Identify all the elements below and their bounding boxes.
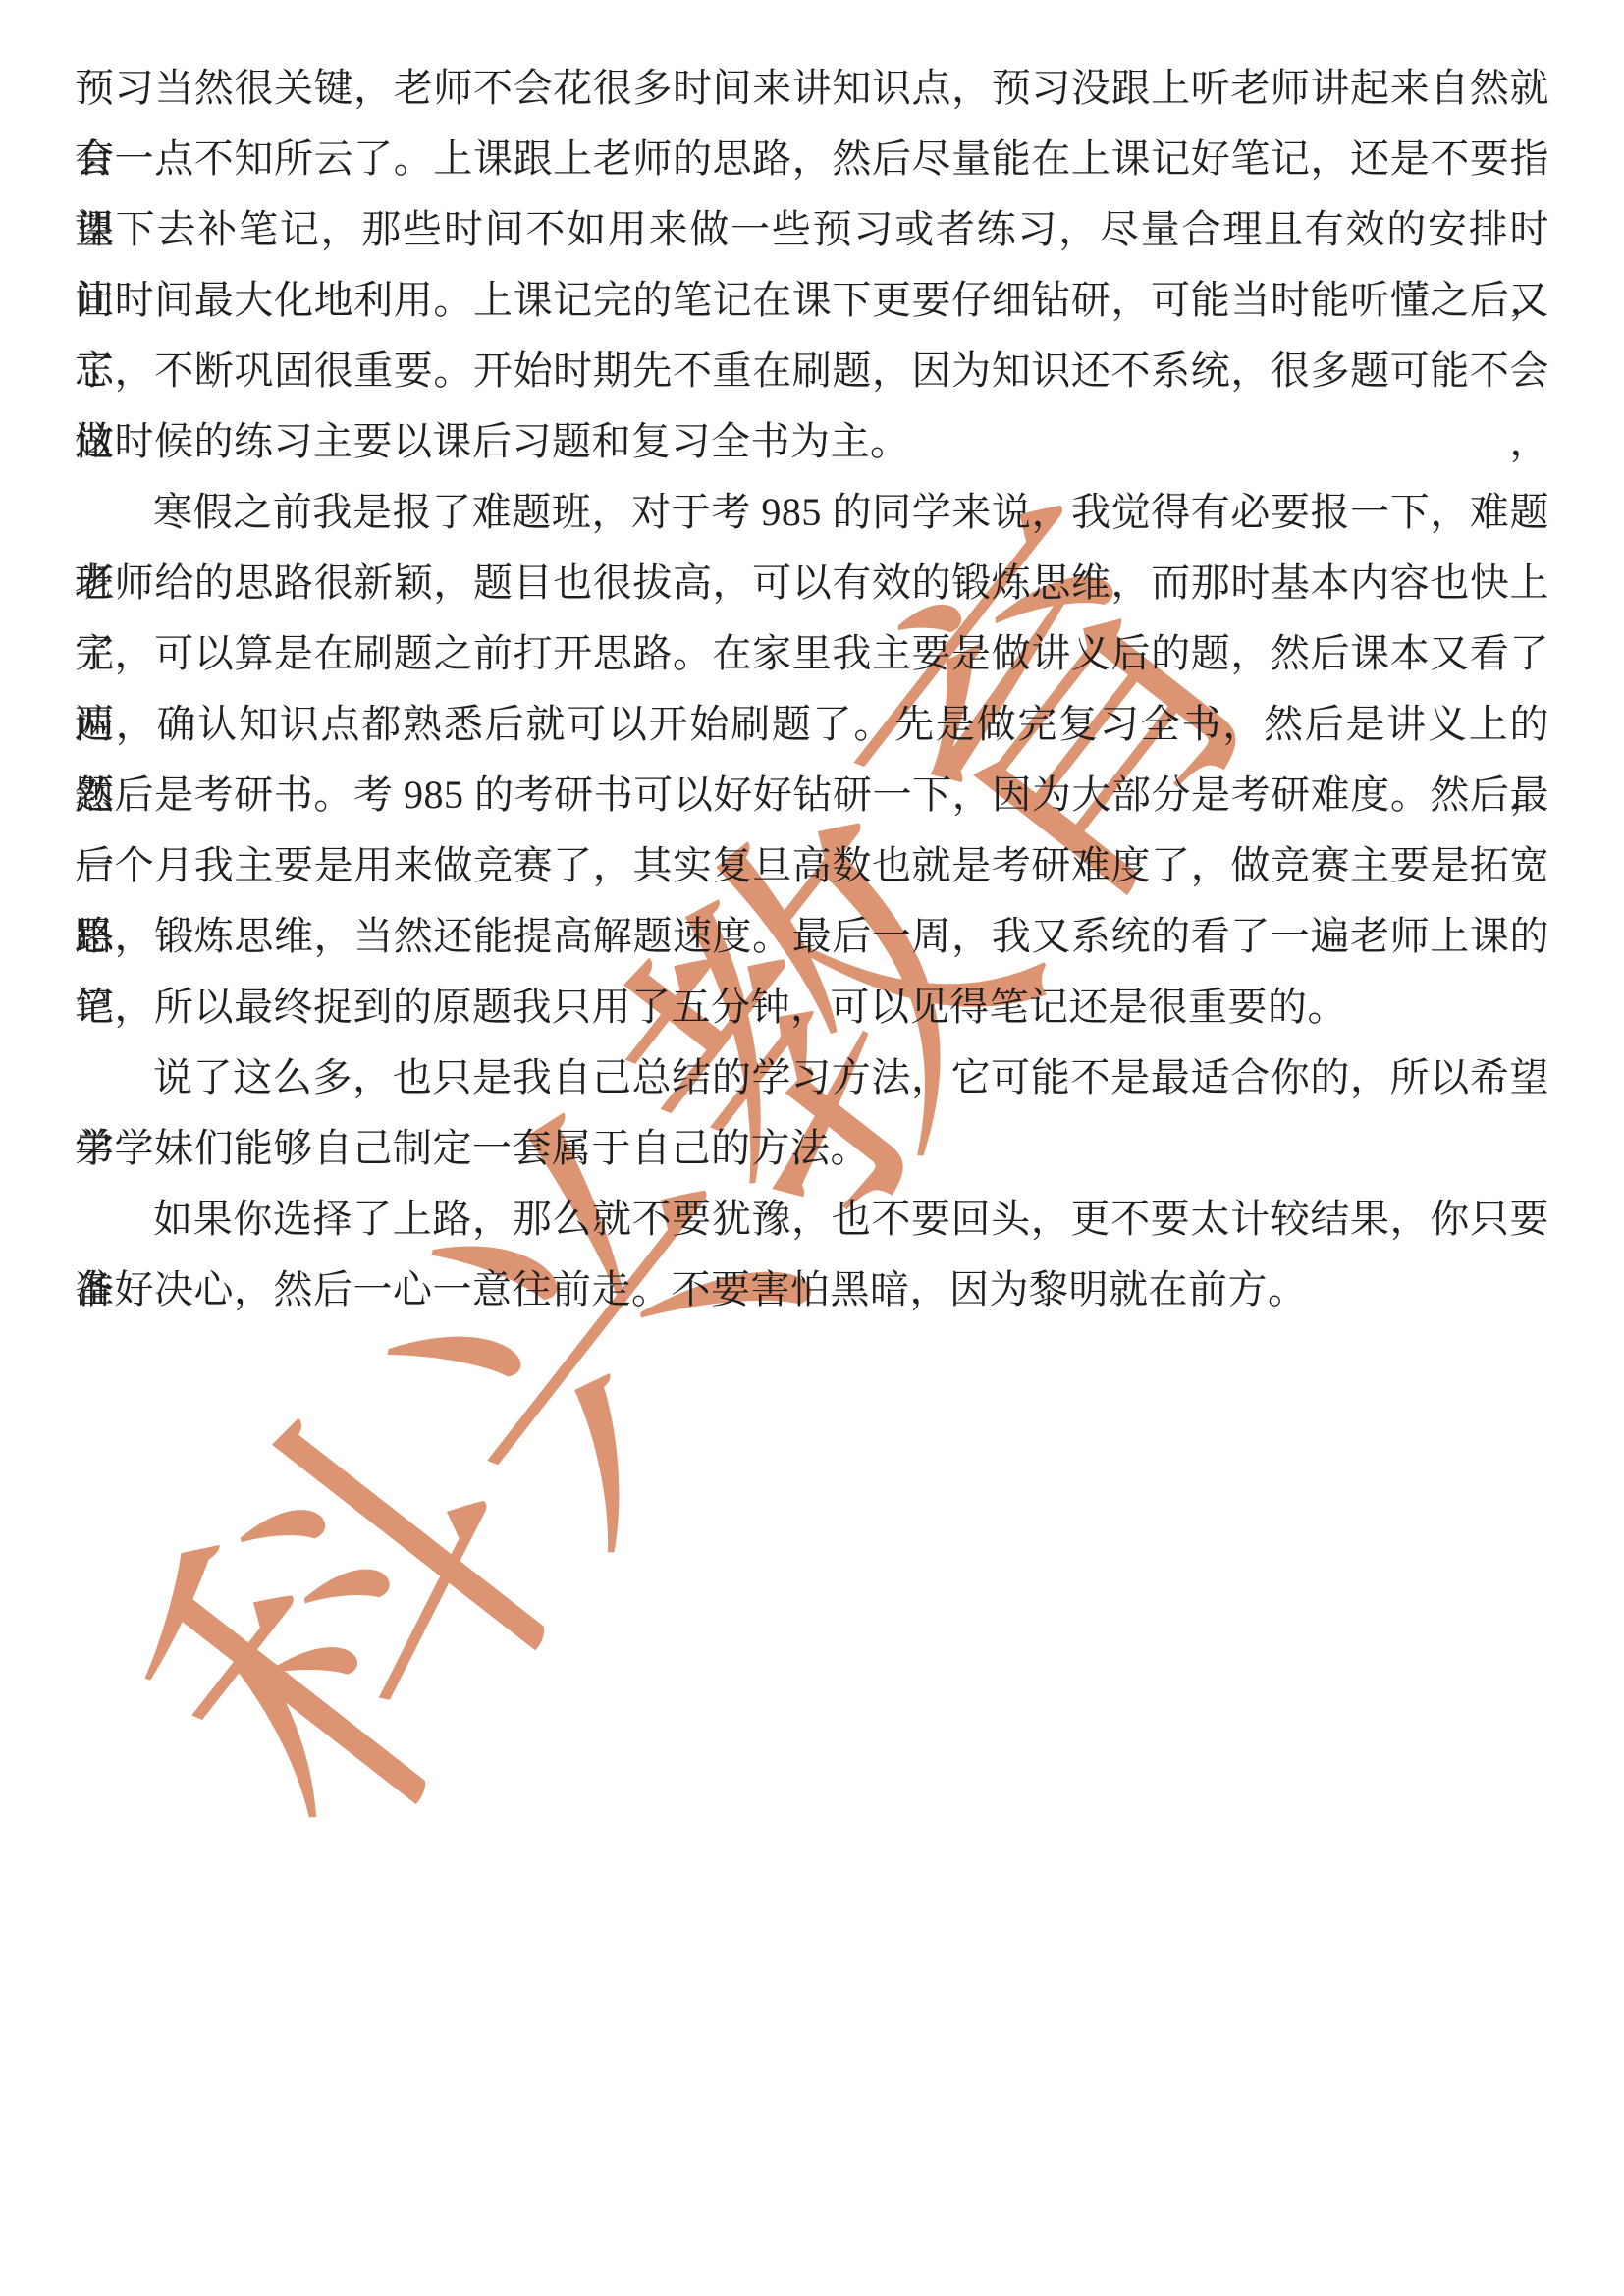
paragraph: 说了这么多，也只是我自己总结的学习方法，它可能不是最适合你的，所以希望学弟学妹们… bbox=[75, 1042, 1549, 1184]
text-line: 了，可以算是在刷题之前打开思路。在家里我主要是做讲义后的题，然后课本又看了两 bbox=[75, 618, 1549, 689]
text-line: 有一点不知所云了。上课跟上老师的思路，然后尽量能在上课记好笔记，还是不要指望 bbox=[75, 124, 1549, 194]
paragraph: 预习当然很关键，老师不会花很多时间来讲知识点，预习没跟上听老师讲起来自然就会有一… bbox=[75, 53, 1549, 477]
text-line: 路，锻炼思维，当然还能提高解题速度。最后一周，我又系统的看了一遍老师上课的笔 bbox=[75, 901, 1549, 972]
text-line: 备好决心，然后一心一意往前走。不要害怕黑暗，因为黎明就在前方。 bbox=[75, 1255, 1549, 1325]
text-line: 了，不断巩固很重要。开始时期先不重在刷题，因为知识还不系统，很多题可能不会做， bbox=[75, 336, 1549, 406]
text-line: 然后是考研书。考 985 的考研书可以好好钻研一下，因为大部分是考研难度。然后最… bbox=[75, 760, 1549, 830]
text-line: 如果你选择了上路，那么就不要犹豫，也不要回头，更不要太计较结果，你只要准 bbox=[75, 1184, 1549, 1255]
text-line: 说了这么多，也只是我自己总结的学习方法，它可能不是最适合你的，所以希望学 bbox=[75, 1042, 1549, 1113]
paragraph: 寒假之前我是报了难题班，对于考 985 的同学来说，我觉得有必要报一下，难题班老… bbox=[75, 477, 1549, 1042]
text-line: 一个月我主要是用来做竞赛了，其实复旦高数也就是考研难度了，做竞赛主要是拓宽思 bbox=[75, 830, 1549, 901]
text-line: 预习当然很关键，老师不会花很多时间来讲知识点，预习没跟上听老师讲起来自然就会 bbox=[75, 53, 1549, 124]
text-line: 课下去补笔记，那些时间不如用来做一些预习或者练习，尽量合理且有效的安排时间， bbox=[75, 194, 1549, 265]
document-body: 预习当然很关键，老师不会花很多时间来讲知识点，预习没跟上听老师讲起来自然就会有一… bbox=[0, 0, 1624, 1325]
paragraph: 如果你选择了上路，那么就不要犹豫，也不要回头，更不要太计较结果，你只要准备好决心… bbox=[75, 1184, 1549, 1325]
text-line: 遍，确认知识点都熟悉后就可以开始刷题了。先是做完复习全书，然后是讲义上的题， bbox=[75, 689, 1549, 760]
text-line: 寒假之前我是报了难题班，对于考 985 的同学来说，我觉得有必要报一下，难题班 bbox=[75, 477, 1549, 548]
text-line: 让时间最大化地利用。上课记完的笔记在课下更要仔细钻研，可能当时能听懂之后又忘 bbox=[75, 265, 1549, 336]
text-line: 老师给的思路很新颖，题目也很拔高，可以有效的锻炼思维，而那时基本内容也快上完 bbox=[75, 548, 1549, 618]
document-page: 科兴教育 预习当然很关键，老师不会花很多时间来讲知识点，预习没跟上听老师讲起来自… bbox=[0, 0, 1624, 2296]
text-line: 记，所以最终捉到的原题我只用了五分钟，可以见得笔记还是很重要的。 bbox=[75, 972, 1549, 1042]
text-line: 弟学妹们能够自己制定一套属于自己的方法。 bbox=[75, 1113, 1549, 1184]
